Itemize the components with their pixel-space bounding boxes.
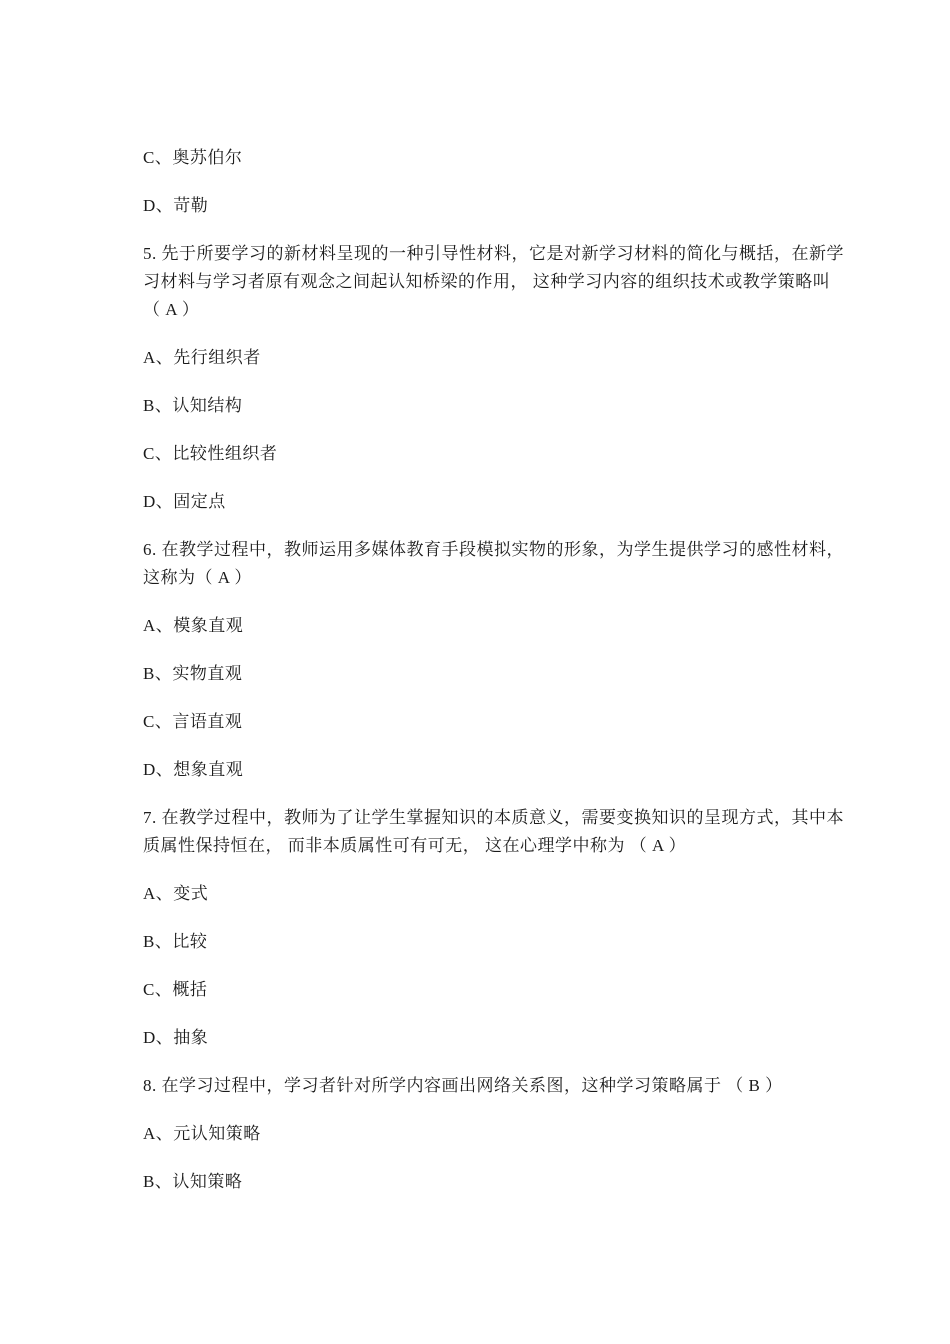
- answer-option-text: A、元认知策略: [143, 1120, 855, 1148]
- answer-option: A、变式: [143, 880, 855, 908]
- question-stem-line: 6. 在教学过程中，教师运用多媒体教育手段模拟实物的形象，为学生提供学习的感性材…: [143, 536, 855, 564]
- answer-option-text: A、先行组织者: [143, 344, 855, 372]
- answer-option-text: B、认知策略: [143, 1168, 855, 1196]
- answer-option: B、认知策略: [143, 1168, 855, 1196]
- answer-option-text: A、变式: [143, 880, 855, 908]
- answer-option-text: D、抽象: [143, 1024, 855, 1052]
- answer-option: D、抽象: [143, 1024, 855, 1052]
- answer-option: B、实物直观: [143, 660, 855, 688]
- question-stem-line: 7. 在教学过程中，教师为了让学生掌握知识的本质意义，需要变换知识的呈现方式，其…: [143, 804, 855, 832]
- question-5: 5. 先于所要学习的新材料呈现的一种引导性材料，它是对新学习材料的简化与概括，在…: [143, 240, 855, 324]
- answer-option: B、比较: [143, 928, 855, 956]
- question-8: 8. 在学习过程中，学习者针对所学内容画出网络关系图，这种学习策略属于 （ B …: [143, 1072, 855, 1100]
- answer-option: D、苛勒: [143, 192, 855, 220]
- answer-option-text: B、实物直观: [143, 660, 855, 688]
- question-stem-line: 这称为（ A ）: [143, 564, 855, 592]
- answer-option: C、概括: [143, 976, 855, 1004]
- answer-option: D、固定点: [143, 488, 855, 516]
- question-7: 7. 在教学过程中，教师为了让学生掌握知识的本质意义，需要变换知识的呈现方式，其…: [143, 804, 855, 860]
- answer-option-text: C、言语直观: [143, 708, 855, 736]
- answer-option: A、先行组织者: [143, 344, 855, 372]
- question-stem-line: 8. 在学习过程中，学习者针对所学内容画出网络关系图，这种学习策略属于 （ B …: [143, 1072, 855, 1100]
- answer-option: C、奥苏伯尔: [143, 144, 855, 172]
- answer-option-text: C、比较性组织者: [143, 440, 855, 468]
- answer-option-text: D、想象直观: [143, 756, 855, 784]
- answer-option-text: B、比较: [143, 928, 855, 956]
- answer-option: A、元认知策略: [143, 1120, 855, 1148]
- answer-option-text: A、模象直观: [143, 612, 855, 640]
- answer-option-text: D、苛勒: [143, 192, 855, 220]
- exam-document-page: C、奥苏伯尔 D、苛勒 5. 先于所要学习的新材料呈现的一种引导性材料，它是对新…: [0, 0, 950, 1344]
- question-stem-line: 质属性保持恒在， 而非本质属性可有可无， 这在心理学中称为 （ A ）: [143, 832, 855, 860]
- question-stem-line: 5. 先于所要学习的新材料呈现的一种引导性材料，它是对新学习材料的简化与概括，在…: [143, 240, 855, 268]
- answer-option: C、言语直观: [143, 708, 855, 736]
- question-6: 6. 在教学过程中，教师运用多媒体教育手段模拟实物的形象，为学生提供学习的感性材…: [143, 536, 855, 592]
- answer-option-text: C、概括: [143, 976, 855, 1004]
- question-stem-line: 习材料与学习者原有观念之间起认知桥梁的作用， 这种学习内容的组织技术或教学策略叫: [143, 268, 855, 296]
- answer-option: C、比较性组织者: [143, 440, 855, 468]
- answer-option: B、认知结构: [143, 392, 855, 420]
- answer-option-text: D、固定点: [143, 488, 855, 516]
- answer-option-text: C、奥苏伯尔: [143, 144, 855, 172]
- answer-option: A、模象直观: [143, 612, 855, 640]
- answer-option-text: B、认知结构: [143, 392, 855, 420]
- answer-option: D、想象直观: [143, 756, 855, 784]
- question-answer-blank: （ A ）: [143, 296, 855, 324]
